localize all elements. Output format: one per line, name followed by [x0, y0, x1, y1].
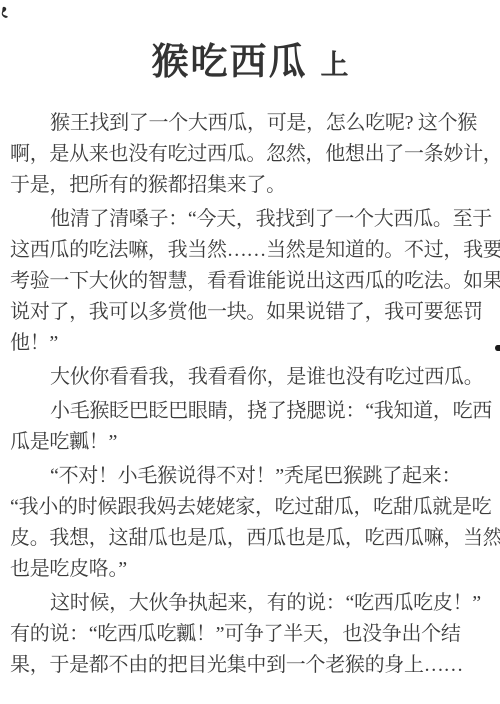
text-line: 果，于是都不由的把目光集中到一个老猴的身上……	[10, 650, 492, 681]
text-line: 这时候，大伙争执起来，有的说：“吃西瓜吃皮！”	[10, 588, 492, 619]
title-suffix: 上	[320, 50, 348, 81]
paragraph-3: 大伙你看看我，我看看你，是谁也没有吃过西瓜。	[10, 362, 492, 393]
text-line: 考验一下大伙的智慧，看看谁能说出这西瓜的吃法。如果	[10, 266, 492, 297]
text-line: “我小的时候跟我妈去姥姥家，吃过甜瓜，吃甜瓜就是吃	[10, 492, 492, 523]
text-line: 有的说：“吃西瓜吃瓤！”可争了半天，也没争出个结	[10, 619, 492, 650]
paragraph-5: “不对！小毛猴说得不对！”秃尾巴猴跳了起来： “我小的时候跟我妈去姥姥家，吃过甜…	[10, 461, 492, 585]
text-line: 说对了，我可以多赏他一块。如果说错了，我可要惩罚	[10, 297, 492, 328]
text-line: 这西瓜的吃法嘛，我当然……当然是知道的。不过，我要	[10, 235, 492, 266]
text-line: 瓜是吃瓤！”	[10, 427, 492, 458]
document-page: 猴吃西瓜上 猴王找到了一个大西瓜，可是，怎么吃呢? 这个猴 啊，是从来也没有吃过…	[0, 0, 500, 704]
scan-ink-dot-icon	[495, 345, 500, 351]
story-text: 猴王找到了一个大西瓜，可是，怎么吃呢? 这个猴 啊，是从来也没有吃过西瓜。忽然，…	[0, 108, 500, 681]
text-line: 皮。我想，这甜瓜也是瓜，西瓜也是瓜，吃西瓜嘛，当然	[10, 523, 492, 554]
text-line: 大伙你看看我，我看看你，是谁也没有吃过西瓜。	[10, 362, 492, 393]
paragraph-1: 猴王找到了一个大西瓜，可是，怎么吃呢? 这个猴 啊，是从来也没有吃过西瓜。忽然，…	[10, 108, 492, 201]
paragraph-2: 他清了清嗓子：“今天，我找到了一个大西瓜。至于 这西瓜的吃法嘛，我当然……当然是…	[10, 204, 492, 359]
text-line: 啊，是从来也没有吃过西瓜。忽然，他想出了一条妙计，	[10, 139, 492, 170]
text-line: 于是，把所有的猴都招集来了。	[10, 170, 492, 201]
paragraph-4: 小毛猴眨巴眨巴眼睛，挠了挠腮说：“我知道，吃西 瓜是吃瓤！”	[10, 396, 492, 458]
text-line: 他清了清嗓子：“今天，我找到了一个大西瓜。至于	[10, 204, 492, 235]
text-line: 猴王找到了一个大西瓜，可是，怎么吃呢? 这个猴	[10, 108, 492, 139]
paragraph-6: 这时候，大伙争执起来，有的说：“吃西瓜吃皮！” 有的说：“吃西瓜吃瓤！”可争了半…	[10, 588, 492, 681]
text-line: 小毛猴眨巴眨巴眼睛，挠了挠腮说：“我知道，吃西	[10, 396, 492, 427]
text-line: 也是吃皮咯。”	[10, 554, 492, 585]
text-line: 他！”	[10, 328, 492, 359]
text-line: “不对！小毛猴说得不对！”秃尾巴猴跳了起来：	[10, 461, 492, 492]
page-title: 猴吃西瓜上	[0, 0, 500, 84]
scan-ink-mark-icon	[1, 6, 10, 18]
title-main: 猴吃西瓜	[151, 42, 307, 83]
